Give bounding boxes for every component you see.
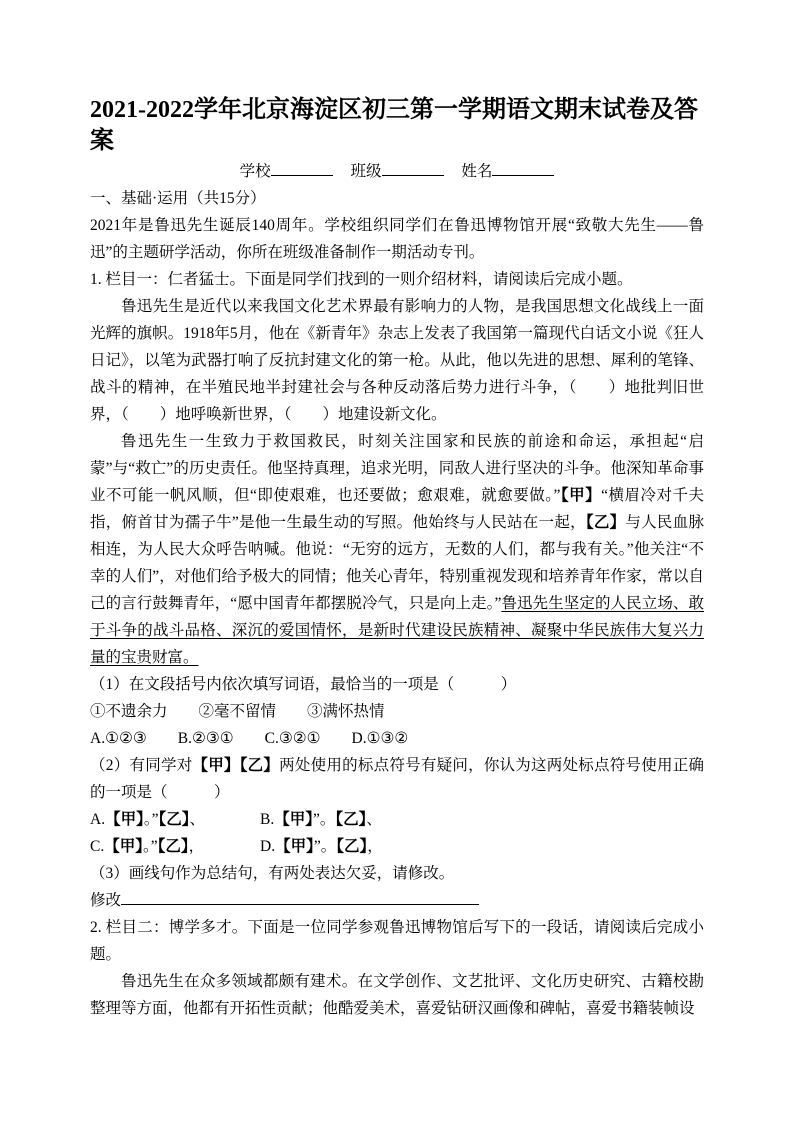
- option-c-punct-1: 。”: [143, 838, 158, 855]
- q2-paragraph: 鲁迅先生在众多领域都颇有建术。在文学创作、文艺批评、文化历史研究、古籍校勘整理等…: [90, 968, 704, 1022]
- question-1-2-options-row-1: A.【甲】。”【乙】、B.【甲】”。【乙】、: [90, 806, 704, 833]
- option-d-punct-2: ，: [367, 838, 383, 855]
- option-a-punct-2: 、: [190, 811, 206, 828]
- modify-label: 修改: [90, 892, 121, 909]
- question-1-2-options-row-2: C.【甲】。”【乙】，D.【甲】”。【乙】，: [90, 833, 704, 860]
- document-page: 2021-2022学年北京海淀区初三第一学期语文期末试卷及答案 学校 班级 姓名…: [0, 0, 794, 1123]
- option-a-punct-1: 。”: [144, 811, 159, 828]
- question-1-1-options: A.①②③ B.②③① C.③②① D.①③②: [90, 725, 704, 752]
- name-blank: [492, 160, 554, 176]
- school-label: 学校: [240, 163, 271, 180]
- option-d-punct-1: ”。: [314, 838, 336, 855]
- option-a-yi: 【乙】: [158, 811, 189, 828]
- q1-paragraph-2: 鲁迅先生一生致力于救国救民，时刻关注国家和民族的前途和命运，承担起“启蒙”与“救…: [90, 428, 704, 671]
- question-1-3-stem: （3）画线句作为总结句，有两处表达欠妥，请修改。: [90, 860, 704, 887]
- q12-marker-jia: 【甲】: [192, 757, 239, 774]
- student-info-row: 学校 班级 姓名: [90, 158, 704, 185]
- option-c-jia: 【甲】: [104, 838, 143, 855]
- school-field: 学校: [240, 163, 333, 180]
- class-field: 班级: [350, 163, 443, 180]
- school-blank: [271, 160, 333, 176]
- option-b-letter: B.: [260, 811, 274, 828]
- section-heading: 一、基础·运用（共15分）: [90, 185, 704, 212]
- option-a-jia: 【甲】: [105, 811, 144, 828]
- q12-marker-yi: 【乙】: [240, 757, 279, 774]
- q12-stem-pre: （2）有同学对: [90, 757, 192, 774]
- q2-lead: 2. 栏目二：博学多才。下面是一位同学参观鲁迅博物馆后写下的一段话，请阅读后完成…: [90, 914, 704, 968]
- option-d-jia: 【甲】: [275, 838, 314, 855]
- class-label: 班级: [350, 163, 381, 180]
- option-b-jia: 【甲】: [274, 811, 313, 828]
- option-a-letter: A.: [90, 811, 105, 828]
- option-a: A.【甲】。”【乙】、: [90, 806, 260, 833]
- option-c-punct-2: ，: [189, 838, 205, 855]
- option-d-yi: 【乙】: [336, 838, 367, 855]
- marker-jia: 【甲】: [560, 487, 601, 504]
- option-d: D.【甲】”。【乙】，: [260, 838, 383, 855]
- modify-answer-line: 修改: [90, 887, 704, 914]
- option-b-yi: 【乙】: [335, 811, 366, 828]
- marker-yi: 【乙】: [586, 514, 626, 531]
- name-field: 姓名: [461, 163, 554, 180]
- question-1-1-stem: （1）在文段括号内依次填写词语，最恰当的一项是（ ）: [90, 671, 704, 698]
- option-b-punct-2: 、: [366, 811, 382, 828]
- question-1-1-word-choices: ①不遗余力 ②毫不留情 ③满怀热情: [90, 698, 704, 725]
- option-c-letter: C.: [90, 838, 104, 855]
- exam-title: 2021-2022学年北京海淀区初三第一学期语文期末试卷及答案: [90, 95, 704, 157]
- option-b-punct-1: ”。: [313, 811, 335, 828]
- q1-lead: 1. 栏目一：仁者猛士。下面是同学们找到的一则介绍材料，请阅读后完成小题。: [90, 266, 704, 293]
- option-b: B.【甲】”。【乙】、: [260, 811, 382, 828]
- option-d-letter: D.: [260, 838, 275, 855]
- q1-paragraph-1: 鲁迅先生是近代以来我国文化艺术界最有影响力的人物，是我国思想文化战线上一面光辉的…: [90, 293, 704, 428]
- option-c-yi: 【乙】: [158, 838, 189, 855]
- option-c: C.【甲】。”【乙】，: [90, 833, 260, 860]
- intro-paragraph: 2021年是鲁迅先生诞辰140周年。学校组织同学们在鲁迅博物馆开展“致敬大先生—…: [90, 212, 704, 266]
- name-label: 姓名: [461, 163, 492, 180]
- modify-answer-blank: [121, 889, 479, 905]
- question-1-2-stem: （2）有同学对【甲】【乙】两处使用的标点符号有疑问，你认为这两处标点符号使用正确…: [90, 752, 704, 806]
- class-blank: [382, 160, 444, 176]
